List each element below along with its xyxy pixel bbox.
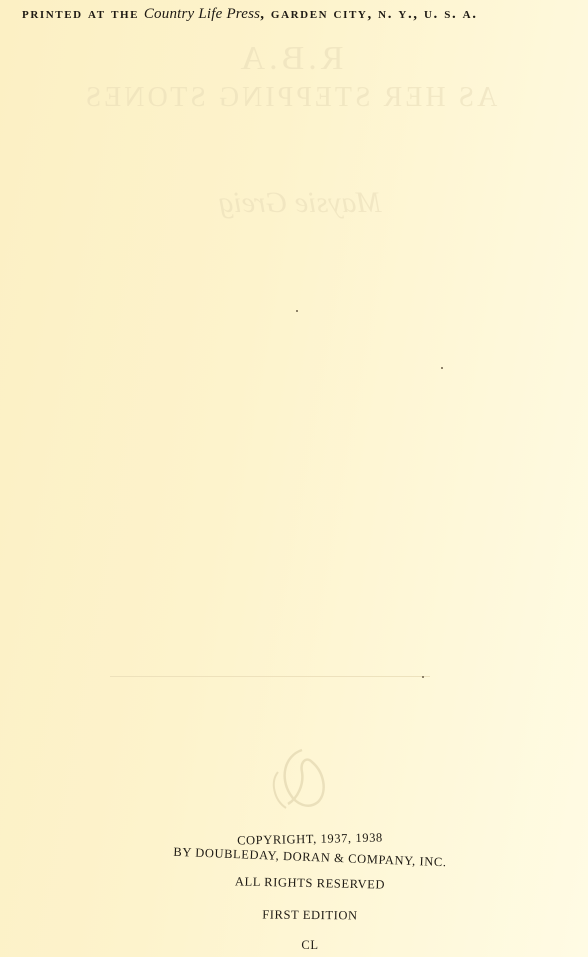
rights-line: ALL RIGHTS RESERVED	[140, 872, 480, 894]
publisher-line: BY DOUBLEDAY, DORAN & COMPANY, INC.	[140, 843, 480, 871]
printer-imprint-location: , GARDEN CITY, N. Y., U. S. A.	[260, 6, 477, 22]
edition-line: FIRST EDITION	[140, 906, 480, 925]
publisher-emblem-show-through-icon	[262, 742, 342, 822]
printing-code: CL	[140, 938, 480, 953]
show-through-text: Maysie Greig	[170, 186, 430, 220]
press-name: Country Life Press	[144, 6, 260, 22]
printer-imprint: PRINTED AT THE Country Life Press, GARDE…	[22, 6, 572, 23]
paper-speck	[422, 676, 424, 678]
show-through-rule	[110, 676, 430, 677]
paper-speck	[441, 367, 443, 369]
show-through-text: AS HER STEPPING STONES	[30, 82, 550, 114]
show-through-text: R.B.A	[200, 40, 380, 78]
printer-imprint-prefix: PRINTED AT THE	[22, 6, 139, 22]
book-page: PRINTED AT THE Country Life Press, GARDE…	[0, 0, 588, 957]
paper-speck	[296, 310, 298, 312]
